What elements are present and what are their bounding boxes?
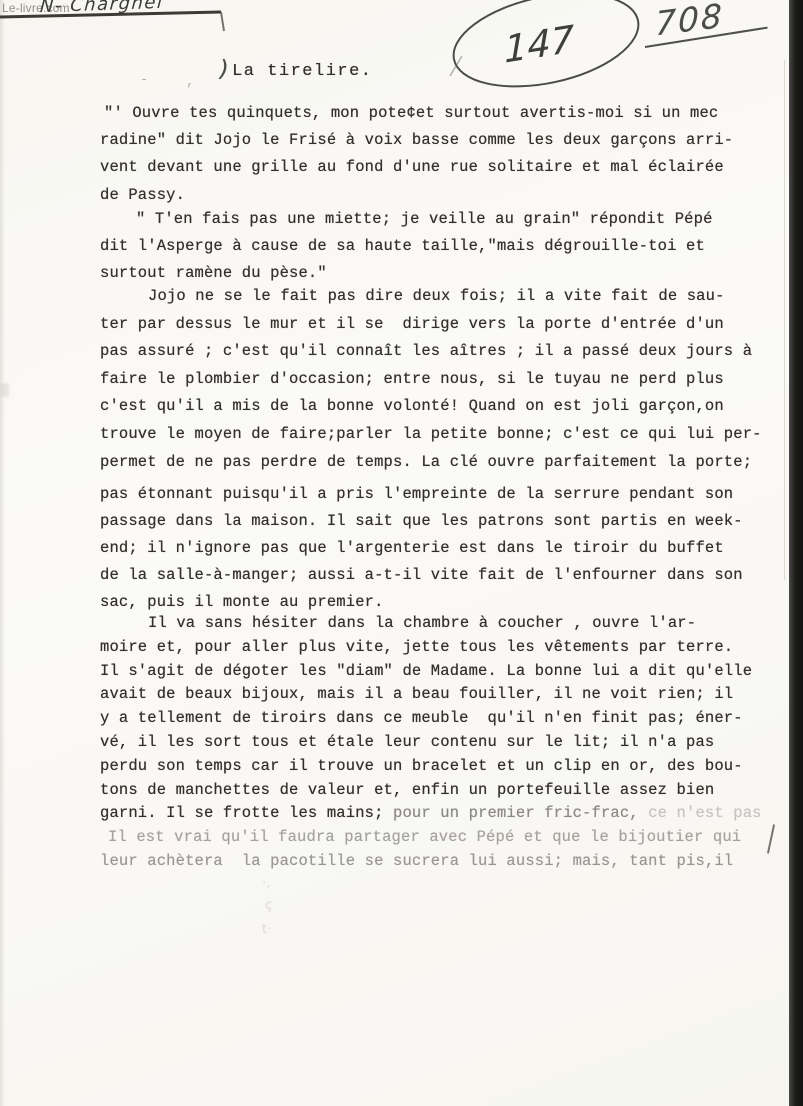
title-pen-mark: ) bbox=[220, 57, 230, 82]
text-line: end; il n'ignore pas que l'argenterie es… bbox=[100, 535, 800, 562]
paragraph: " T'en fais pas une miette; je veille au… bbox=[100, 206, 800, 288]
text-segment: perdu son temps car il trouve un bracele… bbox=[100, 757, 743, 775]
scanner-edge-strip bbox=[789, 0, 803, 1106]
text-line: " T'en fais pas une miette; je veille au… bbox=[100, 206, 800, 233]
text-segment: Il s'agit de dégoter les "diam" de Madam… bbox=[100, 662, 752, 680]
text-segment-faded: pour un premier fric-frac, bbox=[393, 804, 648, 822]
text-segment: faire le plombier d'occasion; entre nous… bbox=[100, 370, 724, 388]
text-segment: de la salle-à-manger; aussi a-t-il vite … bbox=[100, 566, 743, 584]
stray-mark-comma: , bbox=[186, 74, 194, 90]
text-segment: c'est qu'il a mis de la bonne volonté! Q… bbox=[100, 397, 724, 415]
text-segment: vé, il les sort tous et étale leur conte… bbox=[100, 733, 714, 751]
stray-mark-dash: - bbox=[140, 72, 148, 88]
paper-corner-line bbox=[0, 0, 240, 40]
text-line: Jojo ne se le fait pas dire deux fois; i… bbox=[100, 283, 800, 311]
text-line: passage dans la maison. Il sait que les … bbox=[100, 508, 800, 535]
text-segment: pas assuré ; c'est qu'il connaît les aît… bbox=[100, 342, 752, 360]
text-segment: passage dans la maison. Il sait que les … bbox=[100, 512, 743, 530]
scan-edge-left bbox=[0, 0, 5, 1106]
text-line: de Passy. bbox=[100, 182, 800, 209]
paragraph: Il va sans hésiter dans la chambre à cou… bbox=[100, 612, 800, 874]
ink-smudge: ç bbox=[265, 898, 272, 913]
ink-smudge: t· bbox=[262, 922, 271, 937]
text-segment: garni. Il se frotte les mains; bbox=[100, 804, 393, 822]
page-title: La tirelire. bbox=[232, 62, 372, 81]
text-line: y a tellement de tiroirs dans ce meuble … bbox=[100, 707, 800, 731]
text-line: vent devant une grille au fond d'une rue… bbox=[100, 154, 800, 181]
text-line: ter par dessus le mur et il se dirige ve… bbox=[100, 311, 800, 339]
text-segment: pas étonnant puisqu'il a pris l'empreint… bbox=[100, 485, 733, 503]
text-segment: vent devant une grille au fond d'une rue… bbox=[100, 158, 724, 176]
text-segment: sac, puis il monte au premier. bbox=[100, 593, 384, 611]
text-segment-very-faded: ce n'est pas bbox=[648, 804, 761, 822]
text-segment: " T'en fais pas une miette; je veille au… bbox=[136, 210, 713, 228]
text-line: pas étonnant puisqu'il a pris l'empreint… bbox=[100, 481, 800, 508]
text-segment: de Passy. bbox=[100, 186, 185, 204]
ink-smudge: ·, bbox=[262, 876, 270, 891]
text-segment: Il va sans hésiter dans la chambre à cou… bbox=[148, 614, 696, 632]
text-segment: trouve le moyen de faire;parler la petit… bbox=[100, 425, 762, 443]
text-line: moire et, pour aller plus vite, jette to… bbox=[100, 636, 800, 660]
document-title-line: )La tirelire. bbox=[220, 56, 373, 81]
text-line: perdu son temps car il trouve un bracele… bbox=[100, 755, 800, 779]
circled-number-text: 147 bbox=[504, 16, 575, 71]
text-segment: leur achètera la pacotille se sucrera lu… bbox=[100, 852, 733, 870]
text-segment: end; il n'ignore pas que l'argenterie es… bbox=[100, 539, 724, 557]
text-line: radine" dit Jojo le Frisé à voix basse c… bbox=[100, 127, 800, 154]
text-line: c'est qu'il a mis de la bonne volonté! Q… bbox=[100, 393, 800, 421]
circled-page-number: 147 bbox=[440, 0, 652, 92]
text-segment: Il est vrai qu'il faudra partager avec P… bbox=[108, 828, 741, 846]
paragraph: Jojo ne se le fait pas dire deux fois; i… bbox=[100, 283, 800, 476]
text-line: Il est vrai qu'il faudra partager avec P… bbox=[100, 826, 800, 850]
text-line: garni. Il se frotte les mains; pour un p… bbox=[100, 802, 800, 826]
paragraph: pas étonnant puisqu'il a pris l'empreint… bbox=[100, 481, 800, 616]
text-line: "' Ouvre tes quinquets, mon pote¢et surt… bbox=[100, 100, 800, 127]
text-segment: "' Ouvre tes quinquets, mon pote¢et surt… bbox=[104, 104, 718, 122]
text-segment: surtout ramène du pèse." bbox=[100, 264, 327, 282]
text-line: tons de manchettes de valeur et, enfin u… bbox=[100, 779, 800, 803]
text-line: Il va sans hésiter dans la chambre à cou… bbox=[100, 612, 800, 636]
text-line: leur achètera la pacotille se sucrera lu… bbox=[100, 850, 800, 874]
text-line: vé, il les sort tous et étale leur conte… bbox=[100, 731, 800, 755]
paragraph: "' Ouvre tes quinquets, mon pote¢et surt… bbox=[100, 100, 800, 209]
margin-smudge bbox=[0, 383, 9, 397]
text-line: dit l'Asperge à cause de sa haute taille… bbox=[100, 233, 800, 260]
text-line: trouve le moyen de faire;parler la petit… bbox=[100, 421, 800, 449]
text-segment: moire et, pour aller plus vite, jette to… bbox=[100, 638, 733, 656]
text-segment: ter par dessus le mur et il se dirige ve… bbox=[100, 315, 724, 333]
text-line: pas assuré ; c'est qu'il connaît les aît… bbox=[100, 338, 800, 366]
text-segment: avait de beaux bijoux, mais il a beau fo… bbox=[100, 685, 733, 703]
text-segment: dit l'Asperge à cause de sa haute taille… bbox=[100, 237, 705, 255]
text-segment: permet de ne pas perdre de temps. La clé… bbox=[100, 453, 752, 471]
text-line: de la salle-à-manger; aussi a-t-il vite … bbox=[100, 562, 800, 589]
text-line: Il s'agit de dégoter les "diam" de Madam… bbox=[100, 660, 800, 684]
text-segment: radine" dit Jojo le Frisé à voix basse c… bbox=[100, 131, 733, 149]
text-line: avait de beaux bijoux, mais il a beau fo… bbox=[100, 683, 800, 707]
scanned-document-page: Le-livre.com N- Chargnel 147 708 )La tir… bbox=[0, 0, 803, 1106]
text-line: faire le plombier d'occasion; entre nous… bbox=[100, 366, 800, 394]
text-segment: y a tellement de tiroirs dans ce meuble … bbox=[100, 709, 743, 727]
text-segment: Jojo ne se le fait pas dire deux fois; i… bbox=[148, 287, 725, 305]
text-segment: tons de manchettes de valeur et, enfin u… bbox=[100, 781, 714, 799]
text-line: permet de ne pas perdre de temps. La clé… bbox=[100, 449, 800, 477]
